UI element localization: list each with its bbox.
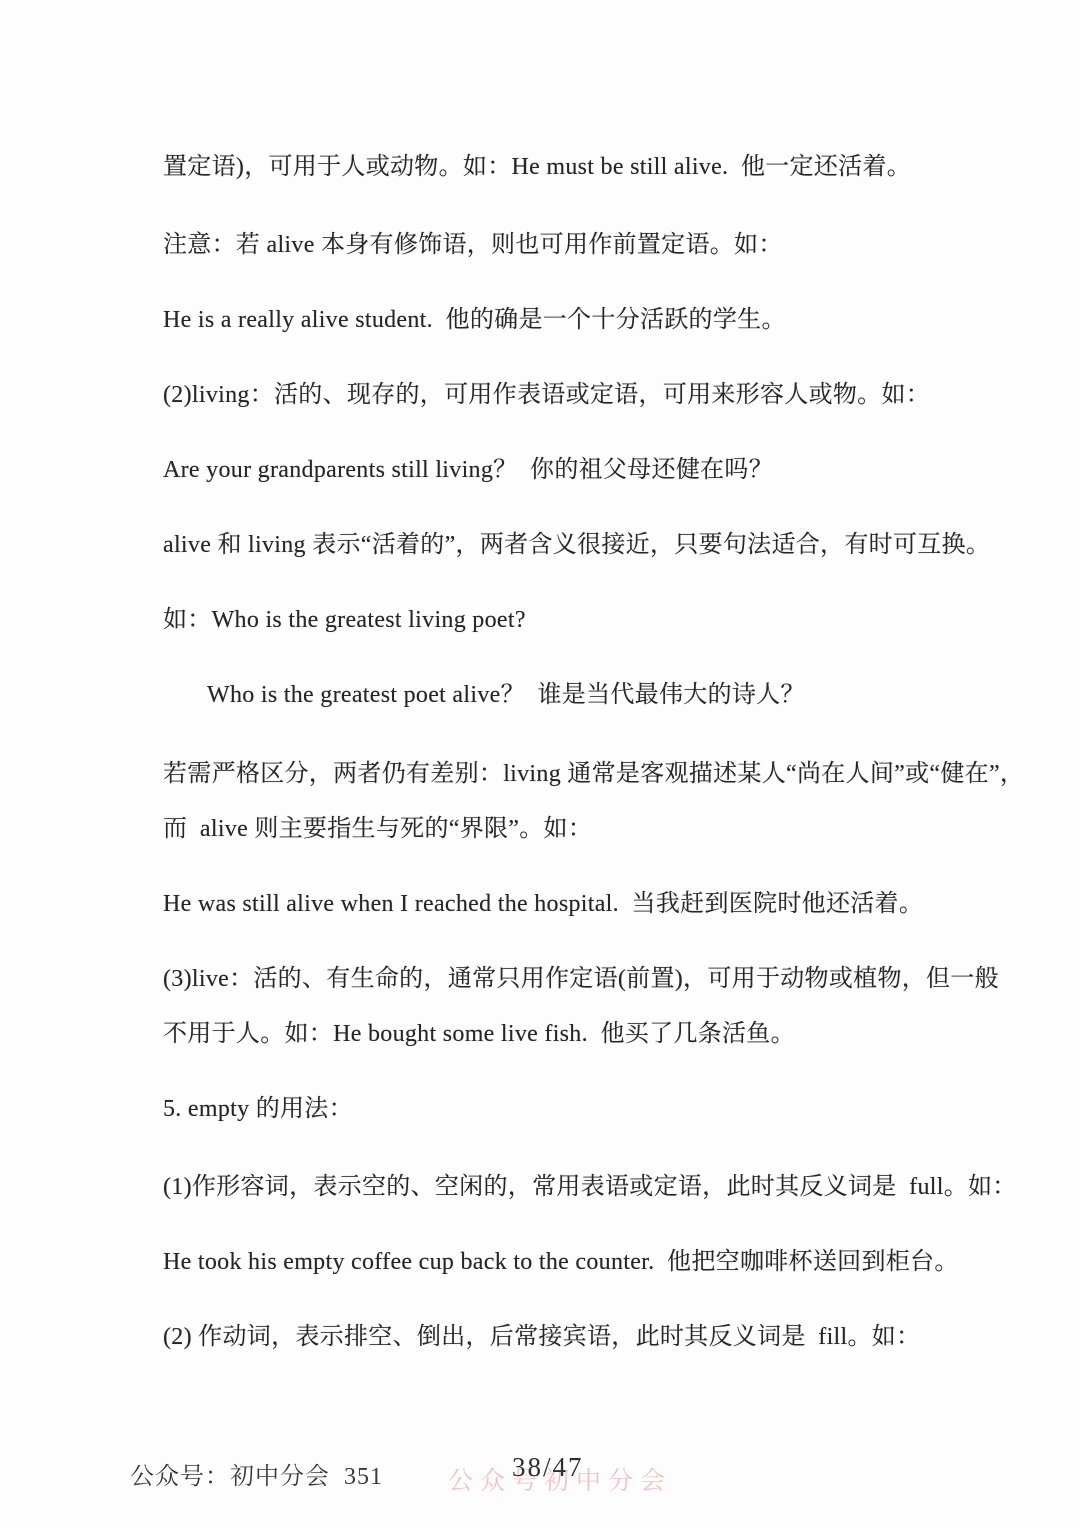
text-line: He took his empty coffee cup back to the… xyxy=(163,1245,959,1279)
text-line: Are your grandparents still living？ 你的祖父… xyxy=(163,453,773,487)
footer-account-label: 公众号：初中分会 351 xyxy=(130,1456,383,1491)
text-line: 注意：若 alive 本身有修饰语，则也可用作前置定语。如： xyxy=(163,228,783,262)
text-line: (2)living：活的、现存的，可用作表语或定语，可用来形容人或物。如： xyxy=(163,378,930,412)
text-line: (2) 作动词，表示排空、倒出，后常接宾语，此时其反义词是 fill。如： xyxy=(163,1320,920,1354)
page-number: 38/47 xyxy=(512,1452,584,1483)
text-line: He was still alive when I reached the ho… xyxy=(163,887,923,921)
text-line: (1)作形容词，表示空的、空闲的，常用表语或定语，此时其反义词是 full。如： xyxy=(163,1170,1017,1204)
text-line: 若需严格区分，两者仍有差别：living 通常是客观描述某人“尚在人间”或“健在… xyxy=(163,757,1024,791)
text-line: alive 和 living 表示“活着的”，两者含义很接近，只要句法适合，有时… xyxy=(163,528,990,562)
document-page: 置定语)，可用于人或动物。如：He must be still alive. 他… xyxy=(0,0,1080,1527)
text-line: 5. empty 的用法： xyxy=(163,1092,353,1126)
text-line: 如：Who is the greatest living poet? xyxy=(163,603,526,637)
text-line: (3)live：活的、有生命的，通常只用作定语(前置)，可用于动物或植物，但一般 xyxy=(163,962,999,996)
text-line: 置定语)，可用于人或动物。如：He must be still alive. 他… xyxy=(163,150,911,184)
text-line: 不用于人。如：He bought some live fish. 他买了几条活鱼… xyxy=(163,1017,795,1051)
text-line: Who is the greatest poet alive？ 谁是当代最伟大的… xyxy=(207,678,805,712)
text-line: He is a really alive student. 他的确是一个十分活跃… xyxy=(163,303,786,337)
text-line: 而 alive 则主要指生与死的“界限”。如： xyxy=(163,812,592,846)
